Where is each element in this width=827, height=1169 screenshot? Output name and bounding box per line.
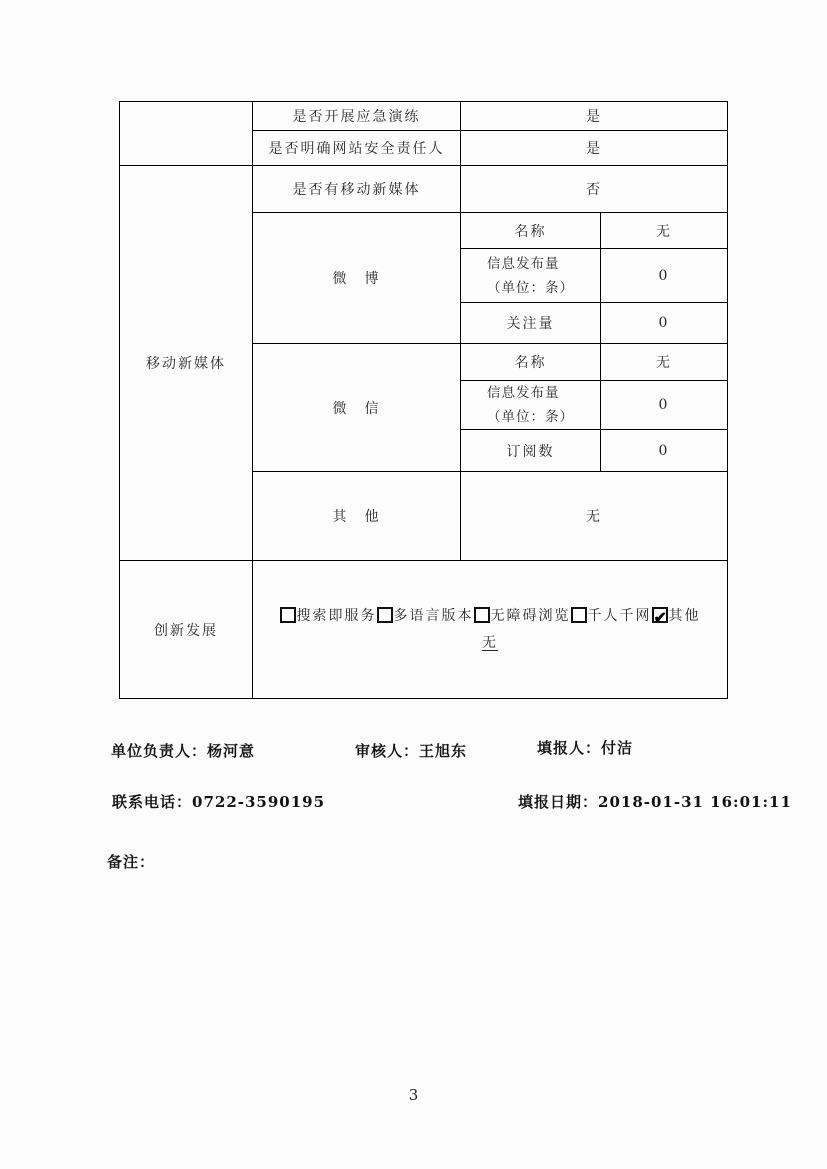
- table-row: 创新发展 搜索即服务多语言版本无障碍浏览千人千网其他 无: [120, 561, 728, 699]
- reviewer-field: 审核人：王旭东: [355, 740, 467, 761]
- innovation-label: 创新发展: [120, 561, 253, 699]
- weibo-followers-value: 0: [601, 303, 728, 344]
- innovation-content-cell: 搜索即服务多语言版本无障碍浏览千人千网其他 无: [253, 561, 728, 699]
- wechat-name-value: 无: [601, 344, 728, 381]
- date-label: 填报日期：: [518, 793, 598, 811]
- innovation-other-line: 无: [253, 630, 727, 657]
- wechat-name-label: 名称: [461, 344, 601, 381]
- checkbox-3[interactable]: [571, 607, 587, 623]
- innovation-options-line: 搜索即服务多语言版本无障碍浏览千人千网其他: [253, 603, 727, 630]
- has-mobile-media-value: 否: [461, 166, 728, 213]
- innovation-option: 无障碍浏览: [474, 608, 571, 624]
- checkbox-label: 千人千网: [588, 608, 652, 624]
- checkbox-label: 多语言版本: [394, 608, 474, 624]
- date-value: 2018-01-31 16:01:11: [598, 793, 792, 811]
- checkbox-label: 无障碍浏览: [491, 608, 571, 624]
- mobile-media-section-label: 移动新媒体: [120, 166, 253, 561]
- innovation-option: 其他: [652, 608, 701, 624]
- checkbox-1[interactable]: [377, 607, 393, 623]
- security-officer-label: 是否明确网站安全责任人: [253, 131, 461, 166]
- weibo-name-value: 无: [601, 213, 728, 249]
- report-table: 是否开展应急演练 是 是否明确网站安全责任人 是 移动新媒体 是否有移动新媒体 …: [119, 101, 728, 699]
- checkbox-4[interactable]: [652, 607, 668, 623]
- wechat-posts-label: 信息发布量（单位：条）: [461, 381, 601, 430]
- innovation-option: 千人千网: [571, 608, 652, 624]
- reviewer-value: 王旭东: [419, 742, 467, 760]
- phone-label: 联系电话：: [112, 793, 192, 811]
- innovation-other-value: 无: [482, 635, 498, 651]
- weibo-followers-label: 关注量: [461, 303, 601, 344]
- remarks-field: 备注：: [107, 851, 155, 872]
- other-media-value: 无: [461, 472, 728, 561]
- unit-head-field: 单位负责人：杨河意: [111, 740, 255, 761]
- remarks-label: 备注：: [107, 853, 155, 871]
- table-row: 移动新媒体 是否有移动新媒体 否: [120, 166, 728, 213]
- date-field: 填报日期：2018-01-31 16:01:11: [518, 791, 792, 812]
- wechat-posts-label-text: 信息发布量（单位：条）: [487, 381, 574, 429]
- wechat-subscribers-label: 订阅数: [461, 430, 601, 472]
- weibo-posts-label: 信息发布量（单位：条）: [461, 249, 601, 303]
- emergency-drill-value: 是: [461, 102, 728, 131]
- has-mobile-media-label: 是否有移动新媒体: [253, 166, 461, 213]
- filler-label: 填报人：: [537, 739, 601, 757]
- checkbox-2[interactable]: [474, 607, 490, 623]
- page-number: 3: [0, 1086, 827, 1104]
- reviewer-label: 审核人：: [355, 742, 419, 760]
- filler-value: 付洁: [601, 739, 633, 757]
- weibo-name-label: 名称: [461, 213, 601, 249]
- checkbox-0[interactable]: [280, 607, 296, 623]
- innovation-option: 搜索即服务: [280, 608, 377, 624]
- checkbox-label: 搜索即服务: [297, 608, 377, 624]
- wechat-subscribers-value: 0: [601, 430, 728, 472]
- unit-head-value: 杨河意: [207, 742, 255, 760]
- filler-field: 填报人：付洁: [537, 737, 633, 758]
- report-page: 是否开展应急演练 是 是否明确网站安全责任人 是 移动新媒体 是否有移动新媒体 …: [0, 0, 827, 1169]
- checkbox-label: 其他: [669, 608, 701, 624]
- phone-field: 联系电话：0722-3590195: [112, 791, 325, 812]
- weibo-label: 微 博: [253, 213, 461, 344]
- weibo-posts-value: 0: [601, 249, 728, 303]
- phone-value: 0722-3590195: [192, 793, 325, 811]
- emergency-drill-label: 是否开展应急演练: [253, 102, 461, 131]
- wechat-label: 微 信: [253, 344, 461, 472]
- security-officer-value: 是: [461, 131, 728, 166]
- unit-head-label: 单位负责人：: [111, 742, 207, 760]
- empty-section-cell: [120, 102, 253, 166]
- innovation-option: 多语言版本: [377, 608, 474, 624]
- wechat-posts-value: 0: [601, 381, 728, 430]
- table-row: 是否开展应急演练 是: [120, 102, 728, 131]
- weibo-posts-label-text: 信息发布量（单位：条）: [487, 252, 574, 300]
- other-media-label: 其 他: [253, 472, 461, 561]
